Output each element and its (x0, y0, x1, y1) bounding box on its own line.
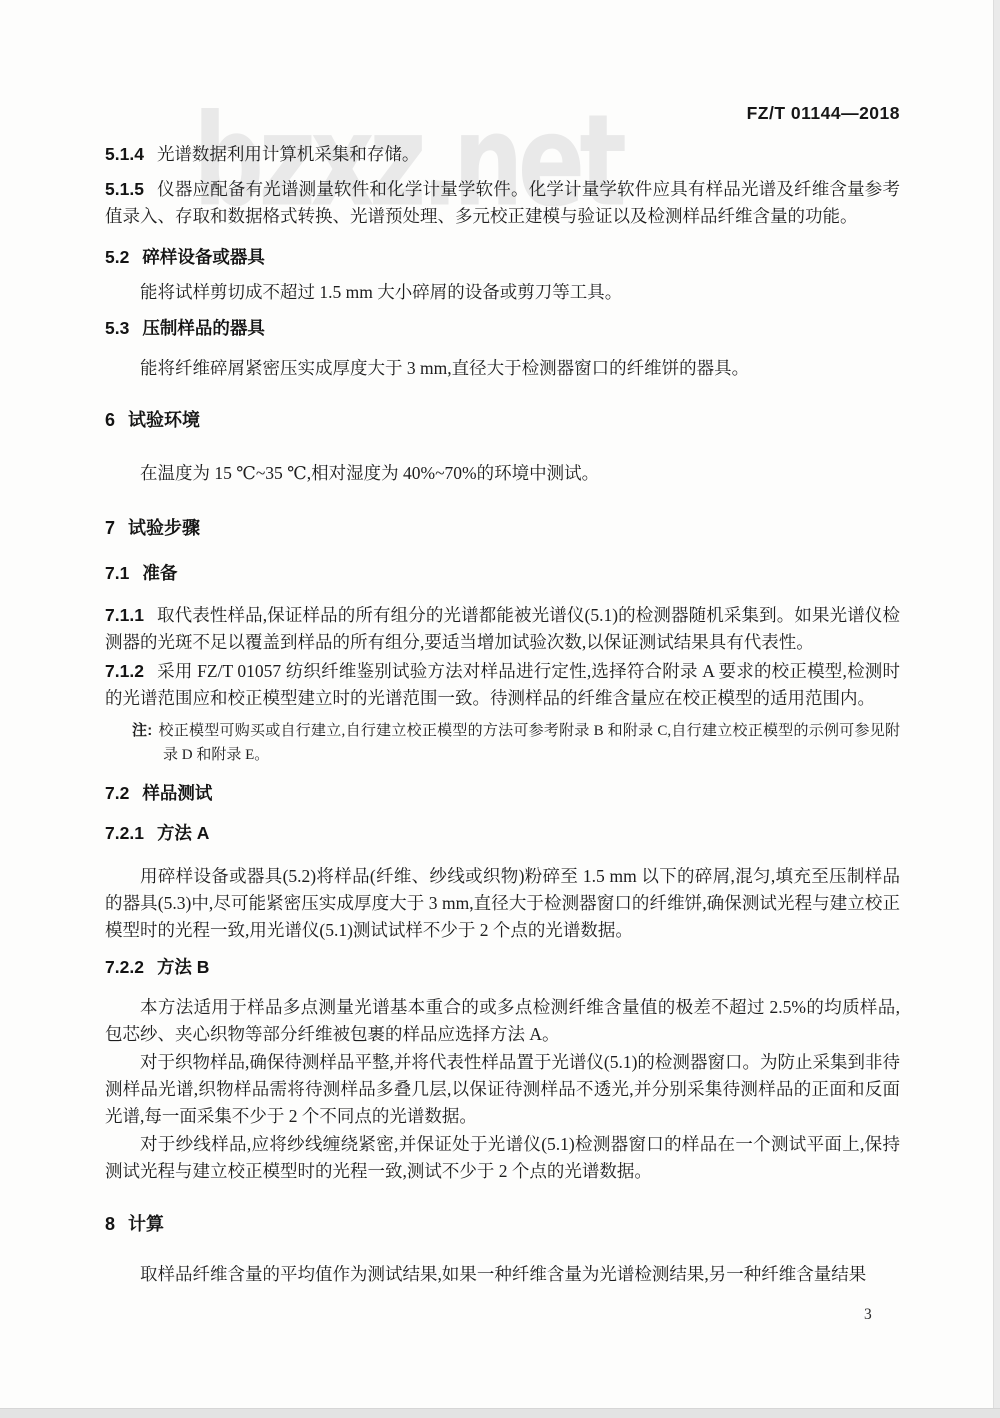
paragraph: 用碎样设备或器具(5.2)将样品(纤维、纱线或织物)粉碎至 1.5 mm 以下的… (105, 863, 900, 944)
scan-edge-bottom (0, 1408, 1000, 1418)
section-title: 方法 A (157, 823, 210, 843)
chapter-heading-7: 7试验步骤 (105, 515, 900, 542)
paragraph: 在温度为 15 ℃~35 ℃,相对湿度为 40%~70%的环境中测试。 (105, 460, 900, 487)
clause-text: 采用 FZ/T 01057 纺织纤维鉴别试验方法对样品进行定性,选择符合附录 A… (105, 661, 900, 708)
page-number: 3 (864, 1306, 872, 1324)
section-heading-7-1: 7.1准备 (105, 560, 900, 587)
clause-number: 5.1.5 (105, 179, 144, 199)
section-number: 7.2.2 (105, 957, 144, 977)
clause-number: 7.1.2 (105, 661, 144, 681)
clause-text: 光谱数据利用计算机采集和存储。 (157, 144, 420, 164)
section-number: 7.2.1 (105, 823, 144, 843)
paragraph: 能将试样剪切成不超过 1.5 mm 大小碎屑的设备或剪刀等工具。 (105, 279, 900, 306)
note-text: 校正模型可购买或自行建立,自行建立校正模型的方法可参考附录 B 和附录 C,自行… (158, 723, 900, 763)
section-title: 准备 (142, 563, 177, 583)
section-heading-7-2-1: 7.2.1方法 A (105, 820, 900, 847)
section-heading-7-2-2: 7.2.2方法 B (105, 954, 900, 981)
section-number: 7.1 (105, 563, 129, 583)
clause-number: 7.1.1 (105, 605, 144, 625)
chapter-title: 试验步骤 (128, 518, 200, 538)
chapter-number: 8 (105, 1214, 115, 1234)
section-title: 压制样品的器具 (142, 318, 265, 338)
chapter-heading-6: 6试验环境 (105, 407, 900, 434)
paragraph: 能将纤维碎屑紧密压实成厚度大于 3 mm,直径大于检测器窗口的纤维饼的器具。 (105, 355, 900, 382)
section-heading-7-2: 7.2样品测试 (105, 780, 900, 807)
section-title: 样品测试 (142, 783, 212, 803)
chapter-heading-8: 8计算 (105, 1211, 900, 1238)
chapter-title: 试验环境 (128, 410, 200, 430)
chapter-title: 计算 (128, 1214, 164, 1234)
document-body: 5.1.4光谱数据利用计算机采集和存储。 5.1.5仪器应配备有光谱测量软件和化… (105, 0, 900, 1288)
section-number: 5.3 (105, 318, 129, 338)
section-number: 5.2 (105, 247, 129, 267)
section-heading-5-3: 5.3压制样品的器具 (105, 315, 900, 342)
standard-number-header: FZ/T 01144—2018 (747, 103, 900, 124)
chapter-number: 7 (105, 518, 115, 538)
paragraph: 对于织物样品,确保待测样品平整,并将代表性样品置于光谱仪(5.1)的检测器窗口。… (105, 1049, 900, 1130)
section-title: 碎样设备或器具 (142, 247, 265, 267)
paragraph: 取样品纤维含量的平均值作为测试结果,如果一种纤维含量为光谱检测结果,另一种纤维含… (105, 1261, 900, 1288)
section-heading-5-2: 5.2碎样设备或器具 (105, 244, 900, 271)
section-title: 方法 B (157, 957, 210, 977)
paragraph: 对于纱线样品,应将纱线缠绕紧密,并保证处于光谱仪(5.1)检测器窗口的样品在一个… (105, 1131, 900, 1185)
clause-5-1-4: 5.1.4光谱数据利用计算机采集和存储。 (105, 141, 900, 168)
paragraph: 本方法适用于样品多点测量光谱基本重合的或多点检测纤维含量值的极差不超过 2.5%… (105, 994, 900, 1048)
note: 注:校正模型可购买或自行建立,自行建立校正模型的方法可参考附录 B 和附录 C,… (105, 719, 900, 767)
note-label: 注: (132, 722, 152, 739)
clause-number: 5.1.4 (105, 144, 144, 164)
clause-5-1-5: 5.1.5仪器应配备有光谱测量软件和化学计量学软件。化学计量学软件应具有样品光谱… (105, 176, 900, 230)
section-number: 7.2 (105, 783, 129, 803)
clause-7-1-1: 7.1.1取代表性样品,保证样品的所有组分的光谱都能被光谱仪(5.1)的检测器随… (105, 602, 900, 656)
clause-text: 取代表性样品,保证样品的所有组分的光谱都能被光谱仪(5.1)的检测器随机采集到。… (105, 605, 900, 652)
clause-text: 仪器应配备有光谱测量软件和化学计量学软件。化学计量学软件应具有样品光谱及纤维含量… (105, 179, 900, 226)
document-page: bzxz.net FZ/T 01144—2018 5.1.4光谱数据利用计算机采… (0, 0, 1000, 1418)
chapter-number: 6 (105, 410, 115, 430)
scan-edge-right (993, 0, 1000, 1418)
clause-7-1-2: 7.1.2采用 FZ/T 01057 纺织纤维鉴别试验方法对样品进行定性,选择符… (105, 658, 900, 712)
